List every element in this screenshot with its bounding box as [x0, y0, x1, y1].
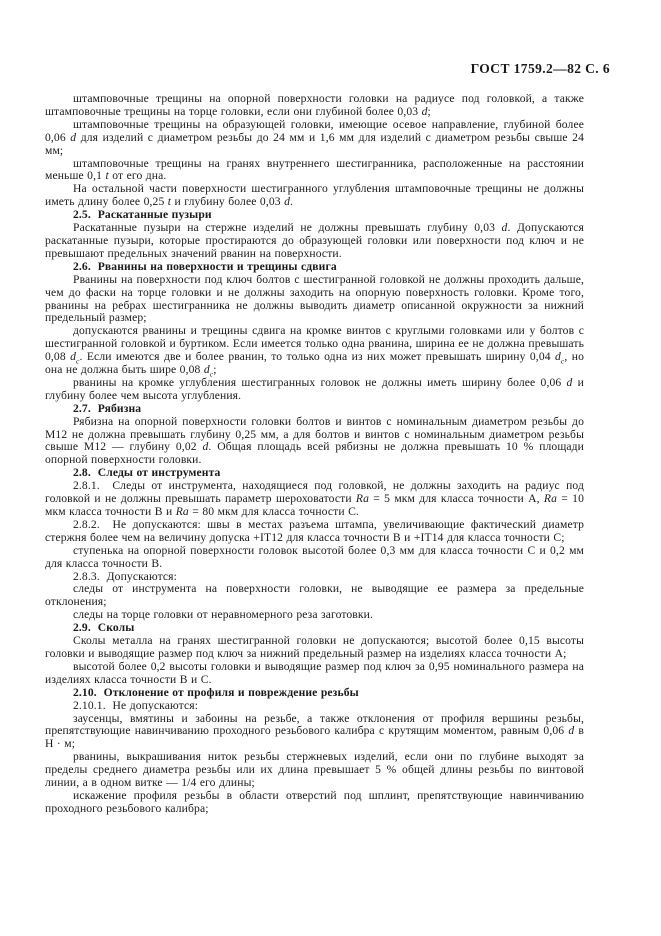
page-header: ГОСТ 1759.2—82 С. 6	[471, 61, 610, 77]
paragraph: штамповочные трещины на гранях внутренне…	[45, 158, 584, 184]
paragraph: штамповочные трещины на опорной поверхно…	[45, 93, 584, 119]
section-heading: 2.10. Отклонение от профиля и повреждени…	[45, 687, 584, 700]
paragraph: 2.8.1. Следы от инструмента, находящиеся…	[45, 480, 584, 519]
paragraph: искажение профиля резьбы в области отвер…	[45, 790, 584, 816]
paragraph: заусенцы, вмятины и забоины на резьбе, а…	[45, 713, 584, 752]
paragraph: рванины, выкрашивания ниток резьбы стерж…	[45, 751, 584, 790]
paragraph: следы от инструмента на поверхности голо…	[45, 583, 584, 609]
document-page: ГОСТ 1759.2—82 С. 6 штамповочные трещины…	[0, 0, 661, 936]
paragraph: высотой более 0,2 высоты головки и вывод…	[45, 661, 584, 687]
paragraph: ступенька на опорной поверхности головок…	[45, 545, 584, 571]
section-heading: 2.7. Рябизна	[45, 403, 584, 416]
paragraph: штамповочные трещины на образующей голов…	[45, 119, 584, 158]
paragraph: Сколы металла на гранях шестигранной гол…	[45, 635, 584, 661]
paragraph: Рябизна на опорной поверхности головки б…	[45, 416, 584, 468]
section-heading: 2.6. Рванины на поверхности и трещины сд…	[45, 261, 584, 274]
paragraph: Рванины на поверхности под ключ болтов с…	[45, 274, 584, 326]
paragraph: 2.10.1. Не допускаются:	[45, 700, 584, 713]
paragraph: рванины на кромке углубления шестигранны…	[45, 377, 584, 403]
document-body: штамповочные трещины на опорной поверхно…	[45, 93, 584, 816]
paragraph: 2.8.2. Не допускаются: швы в местах разъ…	[45, 519, 584, 545]
paragraph: Раскатанные пузыри на стержне изделий не…	[45, 222, 584, 261]
paragraph: На остальной части поверхности шестигран…	[45, 183, 584, 209]
paragraph: допускаются рванины и трещины сдвига на …	[45, 325, 584, 377]
